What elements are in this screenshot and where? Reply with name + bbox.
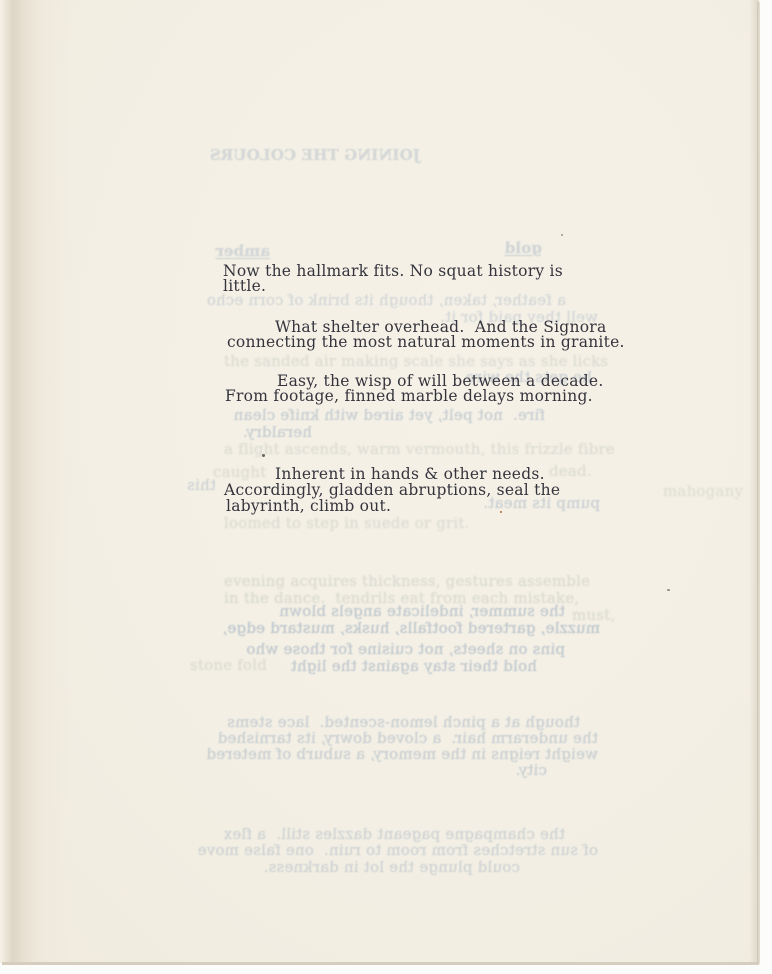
ghost-line: stone fold [190, 656, 267, 674]
bleedthrough-header-gold: gold [505, 239, 542, 257]
ghost-line: caught [213, 463, 267, 481]
ghost-line: the sanded air making scale she says as … [224, 352, 608, 370]
scanned-book-page: JOINING THE COLOURS gold amber a feather… [0, 0, 772, 974]
poem-line: From footage, finned marble delays morni… [225, 387, 593, 405]
bleedthrough-line: muzzle, gartered footfalls, husks, musta… [222, 619, 600, 637]
ghost-line: must, [572, 606, 615, 624]
poem-line: Now the hallmark fits. No squat history … [223, 262, 563, 280]
ghost-line: mahogany [663, 482, 743, 500]
ghost-line: a flight ascends, warm vermouth, this fr… [224, 440, 615, 458]
ghost-line: in the dance. tendrils eat from each mis… [224, 589, 579, 607]
bleedthrough-line: of sun stretches from room to ruin. one … [197, 841, 598, 859]
ghost-line: loomed to step in suede or grit. [224, 514, 470, 532]
ghost-line: evening acquires thickness, gestures ass… [224, 572, 590, 590]
bleedthrough-line: could plunge the lot in darkness. [263, 858, 520, 876]
paper-speck [667, 589, 670, 591]
page-bottom-edge [2, 962, 759, 965]
page-paper: JOINING THE COLOURS gold amber a feather… [0, 0, 759, 963]
poem-line: connecting the most natural moments in g… [227, 333, 625, 351]
bleedthrough-line: pins on sheets, not cuisine for those wh… [246, 640, 565, 658]
bleedthrough-line: heraldry. [243, 423, 312, 441]
ghost-line: dead. [549, 462, 592, 480]
bleedthrough-reverse-title: JOINING THE COLOURS [210, 146, 420, 164]
bleedthrough-line: fire. not pelt, yet aired with knife cle… [234, 406, 545, 424]
bleedthrough-line: city. [516, 761, 547, 779]
bleedthrough-header-amber: amber [215, 242, 270, 260]
bleedthrough-line: this [187, 476, 216, 494]
paper-speck [561, 234, 563, 236]
bleedthrough-line: hold their stay against the light [291, 657, 537, 675]
paper-speck [262, 454, 265, 457]
paper-speck [500, 511, 502, 513]
poem-line: little. [223, 277, 266, 295]
page-right-edge [757, 2, 760, 964]
poem-line: labyrinth, climb out. [226, 497, 391, 515]
